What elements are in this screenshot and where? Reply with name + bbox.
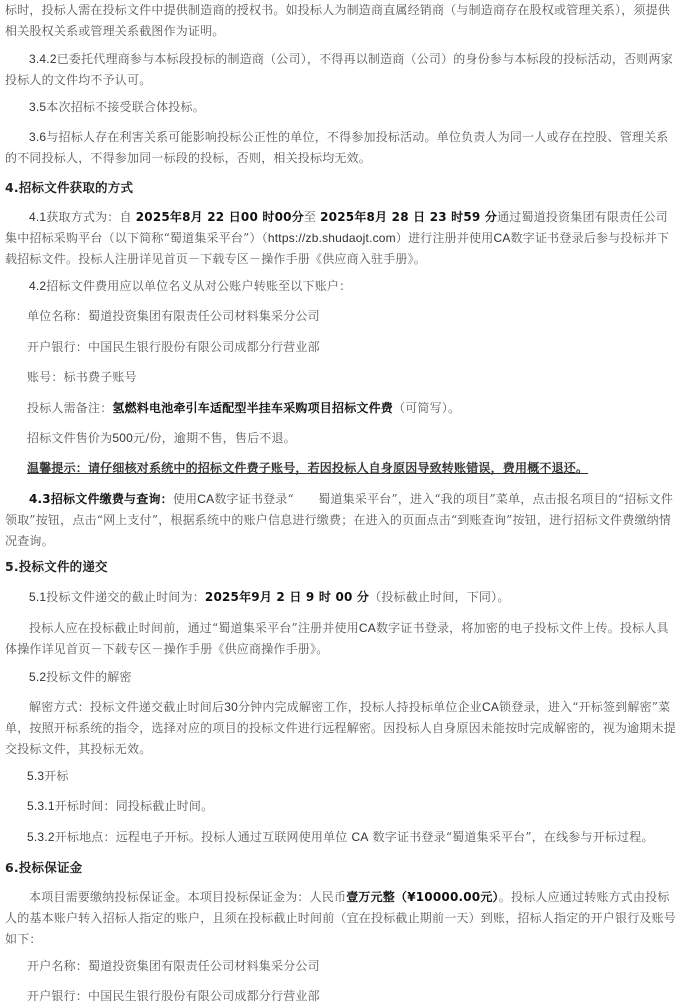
price-text: 招标文件售价为 <box>27 431 112 445</box>
clause-number: 5.3.2 <box>27 830 55 844</box>
clause-text: 投标人应在投标截止时间前，通过“蜀道集采平台”注册并使用 <box>29 621 359 635</box>
section-5-heading: 5.投标文件的递交 <box>5 556 677 577</box>
price-text: 元/份，逾期不售，售后不退。 <box>133 431 296 445</box>
clause-text: 本次招标不接受联合体投标。 <box>46 100 205 114</box>
clause-number: 3.6 <box>29 130 46 144</box>
clause-number: 5.3 <box>27 769 44 783</box>
paragraph-5-2-decryption: 解密方式：投标文件递交截止时间后30分钟内完成解密工作，投标人持投标单位企业CA… <box>5 697 677 760</box>
account-number-line: 账号：标书费子账号 <box>27 367 677 388</box>
paragraph-5-3: 5.3开标 <box>27 766 677 787</box>
paragraph-5-3-1: 5.3.1开标时间：同投标截止时间。 <box>27 796 677 817</box>
clause-number: 5.2 <box>29 670 46 684</box>
section-6-heading: 6.投标保证金 <box>5 857 677 878</box>
clause-text: 分钟内完成解密工作，投标人持投标单位企业 <box>238 700 482 714</box>
clause-text: 数字证书登录“蜀道集采平台”，在线参与开标过程。 <box>369 830 654 844</box>
paragraph-4-1: 4.1获取方式为：自 2025年8月 22 日00 时00分至 2025年8月 … <box>5 207 677 270</box>
platform-url-link[interactable]: https://zb.shudaojt.com <box>268 231 396 245</box>
price-line: 招标文件售价为500元/份，逾期不售，售后不退。 <box>27 428 677 449</box>
remark-label: 投标人需备注： <box>27 401 112 415</box>
paragraph-5-1: 5.1投标文件递交的截止时间为：2025年9月 2 日 9 时 00 分（投标截… <box>5 587 677 608</box>
ca-text: CA <box>197 492 214 506</box>
clause-text: 本项目需要缴纳投标保证金。本项目投标保证金为：人民币 <box>29 890 346 904</box>
clause-number: 3.5 <box>29 100 46 114</box>
remark-line: 投标人需备注：氢燃料电池牵引车适配型半挂车采购项目招标文件费（可简写）。 <box>27 398 677 419</box>
paragraph-5-2: 5.2投标文件的解密 <box>5 667 677 688</box>
clause-number: 3.4.2 <box>29 52 57 66</box>
remark-value: 氢燃料电池牵引车适配型半挂车采购项目招标文件费 <box>112 401 393 415</box>
paragraph-5-1-submission: 投标人应在投标截止时间前，通过“蜀道集采平台”注册并使用CA数字证书登录，将加密… <box>5 618 677 660</box>
bank-line: 开户银行：中国民生银行股份有限公司成都分行营业部 <box>27 337 677 358</box>
ca-text: CA <box>359 621 376 635</box>
deposit-amount: 壹万元整（¥10000.00元） <box>346 890 499 904</box>
unit-name-line: 单位名称：蜀道投资集团有限责任公司材料集采分公司 <box>27 306 677 327</box>
warning-notice: 温馨提示：请仔细核对系统中的招标文件费子账号，若因投标人自身原因导致转账错误，费… <box>27 458 677 479</box>
clause-text: 获取方式为：自 <box>46 210 135 224</box>
clause-text: ）进行注册并使用 <box>396 231 494 245</box>
clause-text: 招标文件费用应以单位名义从对公账户转账至以下账户： <box>46 279 351 293</box>
paragraph-authorization: 标时，投标人需在投标文件中提供制造商的授权书。如投标人为制造商直属经销商（与制造… <box>5 0 677 42</box>
paragraph-4-2: 4.2招标文件费用应以单位名义从对公账户转账至以下账户： <box>5 276 677 297</box>
clause-number: 5.1 <box>29 590 46 604</box>
clause-text: 开标时间：同投标截止时间。 <box>55 799 214 813</box>
clause-text: 已委托代理商参与本标段投标的制造商（公司），不得再以制造商（公司）的身份参与本标… <box>5 52 673 87</box>
clause-text: （投标截止时间，下同）。 <box>369 590 509 604</box>
deposit-account-name-line: 开户名称：蜀道投资集团有限责任公司材料集采分公司 <box>27 956 677 977</box>
ca-text: CA <box>493 231 510 245</box>
clause-number: 4.1 <box>29 210 46 224</box>
clause-text: 使用 <box>173 492 197 506</box>
paragraph-3-4-2: 3.4.2已委托代理商参与本标段投标的制造商（公司），不得再以制造商（公司）的身… <box>5 49 677 91</box>
paragraph-3-6: 3.6与招标人存在利害关系可能影响投标公正性的单位，不得参加投标活动。单位负责人… <box>5 127 677 169</box>
clause-text: 投标文件递交的截止时间为： <box>46 590 205 604</box>
minutes-value: 30 <box>224 700 238 714</box>
end-date: 2025年8月 28 日 23 时59 分 <box>320 210 497 224</box>
remark-tail: （可简写）。 <box>393 401 460 415</box>
paragraph-3-5: 3.5本次招标不接受联合体投标。 <box>5 97 677 118</box>
clause-text: 与招标人存在利害关系可能影响投标公正性的单位，不得参加投标活动。单位负责人为同一… <box>5 130 669 165</box>
clause-text: 开标 <box>44 769 68 783</box>
clause-text: 开标地点：远程电子开标。投标人通过互联网使用单位 <box>55 830 352 844</box>
paragraph-5-3-2: 5.3.2开标地点：远程电子开标。投标人通过互联网使用单位 CA 数字证书登录“… <box>27 827 677 848</box>
clause-number: 4.2 <box>29 279 46 293</box>
clause-label: 4.3招标文件缴费与查询： <box>29 492 173 506</box>
clause-text: 解密方式：投标文件递交截止时间后 <box>29 700 224 714</box>
deadline-date: 2025年9月 2 日 9 时 00 分 <box>205 590 369 604</box>
deposit-bank-line: 开户银行：中国民生银行股份有限公司成都分行营业部 <box>27 986 677 1004</box>
clause-text: 至 <box>304 210 320 224</box>
ca-text: CA <box>352 830 369 844</box>
paragraph-6-1: 本项目需要缴纳投标保证金。本项目投标保证金为：人民币壹万元整（¥10000.00… <box>5 887 677 950</box>
start-date: 2025年8月 22 日00 时00分 <box>136 210 304 224</box>
paragraph-4-3: 4.3招标文件缴费与查询：使用CA数字证书登录“ 蜀道集采平台”，进入“我的项目… <box>5 489 677 552</box>
ca-text: CA <box>482 700 499 714</box>
clause-text: 投标文件的解密 <box>46 670 131 684</box>
price-value: 500 <box>112 431 133 445</box>
section-4-heading: 4.招标文件获取的方式 <box>5 177 677 198</box>
paragraph-text: 标时，投标人需在投标文件中提供制造商的授权书。如投标人为制造商直属经销商（与制造… <box>5 3 670 38</box>
clause-number: 5.3.1 <box>27 799 55 813</box>
